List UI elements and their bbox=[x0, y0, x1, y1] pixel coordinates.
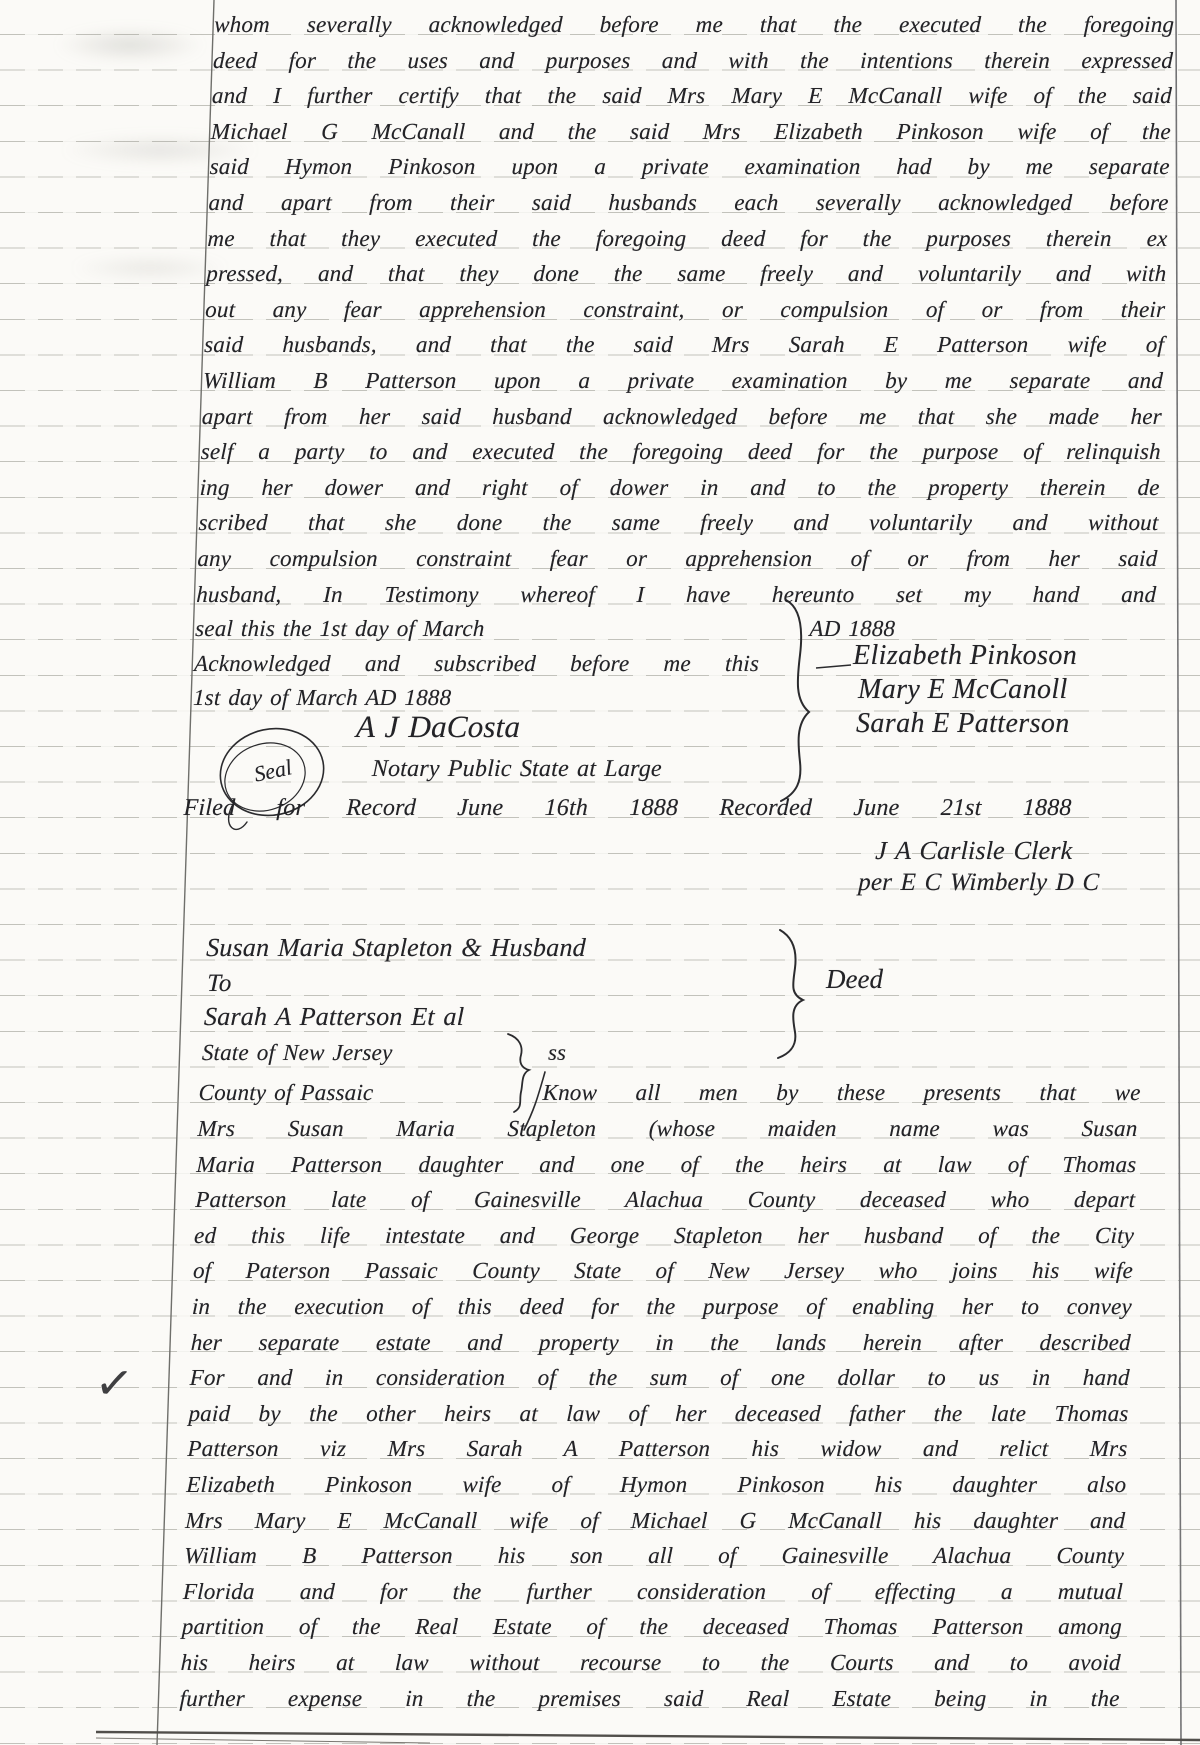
seal-label: Seal bbox=[241, 752, 305, 790]
witness-signature: Elizabeth Pinkoson bbox=[853, 640, 1077, 672]
witness-signature: Mary E McCanoll bbox=[858, 674, 1068, 706]
ss-label: ss bbox=[548, 1040, 566, 1066]
deed-record-page: whom severally acknowledged before me th… bbox=[0, 0, 1200, 1745]
witness-signature: Sarah E Patterson bbox=[856, 708, 1070, 740]
instrument-type-label: Deed bbox=[826, 964, 883, 995]
margin-checkmark: ✓ bbox=[92, 1354, 136, 1412]
annotation-layer: Elizabeth Pinkoson Mary E McCanoll Sarah… bbox=[0, 0, 1200, 1745]
